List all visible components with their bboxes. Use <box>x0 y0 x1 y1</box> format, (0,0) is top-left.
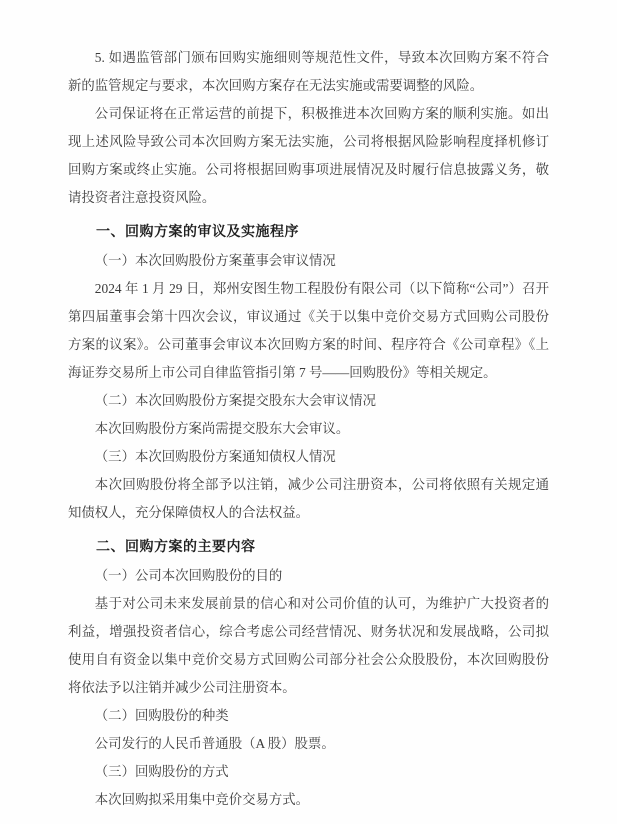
subsection-heading: （三）本次回购股份方案通知债权人情况 <box>68 443 549 471</box>
paragraph: 公司发行的人民币普通股（A 股）股票。 <box>68 730 549 758</box>
paragraph: 5. 如遇监管部门颁布回购实施细则等规范性文件，导致本次回购方案不符合新的监管规… <box>68 44 549 100</box>
paragraph: 本次回购股份将全部予以注销，减少公司注册资本，公司将依照有关规定通知债权人，充分… <box>68 471 549 527</box>
paragraph: 基于对公司未来发展前景的信心和对公司价值的认可，为维护广大投资者的利益，增强投资… <box>68 590 549 702</box>
subsection-heading: （一）本次回购股份方案董事会审议情况 <box>68 247 549 275</box>
paragraph: 2024 年 1 月 29 日，郑州安图生物工程股份有限公司（以下简称“公司”）… <box>68 275 549 387</box>
paragraph: 本次回购股份方案尚需提交股东大会审议。 <box>68 415 549 443</box>
subsection-heading: （二）本次回购股份方案提交股东大会审议情况 <box>68 387 549 415</box>
subsection-heading: （二）回购股份的种类 <box>68 702 549 730</box>
subsection-heading: （三）回购股份的方式 <box>68 758 549 786</box>
document-page: 5. 如遇监管部门颁布回购实施细则等规范性文件，导致本次回购方案不符合新的监管规… <box>0 0 617 824</box>
subsection-heading: （一）公司本次回购股份的目的 <box>68 562 549 590</box>
document-content: 5. 如遇监管部门颁布回购实施细则等规范性文件，导致本次回购方案不符合新的监管规… <box>68 44 549 814</box>
section-heading: 一、回购方案的审议及实施程序 <box>68 217 549 245</box>
section-heading: 二、回购方案的主要内容 <box>68 532 549 560</box>
paragraph: 本次回购拟采用集中竞价交易方式。 <box>68 786 549 814</box>
paragraph: 公司保证将在正常运营的前提下，积极推进本次回购方案的顺利实施。如出现上述风险导致… <box>68 100 549 212</box>
